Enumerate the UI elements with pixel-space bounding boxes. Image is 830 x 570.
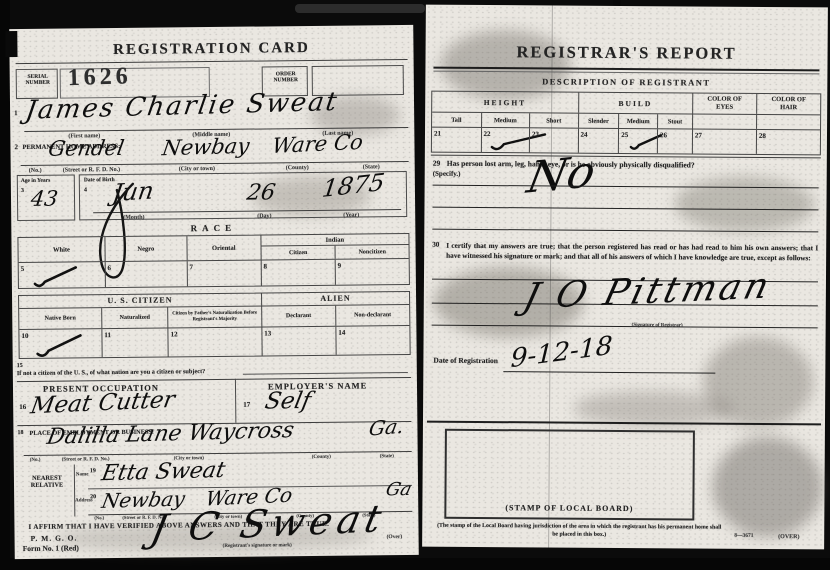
scan-smudge — [703, 337, 814, 428]
dob-label: Date of Birth — [84, 177, 115, 184]
citizen-cell-11: 11 — [101, 328, 168, 357]
registrar-signature-caption: (Signature of Registrar) — [632, 323, 683, 328]
dob-day-handwriting: 26 — [245, 182, 277, 204]
signature-caption: (Registrant's signature or mark) — [223, 543, 292, 549]
race-col-negro: Negro — [104, 236, 186, 261]
q29-top-rule — [431, 155, 821, 159]
report-title-rule-2 — [433, 71, 819, 75]
race-cell-6: 6 — [104, 261, 186, 287]
cell-25: 25 — [618, 129, 657, 153]
q29-specify: (Specify.) — [433, 170, 461, 178]
citizen-cell-10: 10 — [19, 329, 101, 358]
home-address-county: Ware Co — [271, 132, 364, 157]
citizen-num-11: 11 — [104, 331, 111, 339]
q29-text: Has person lost arm, leg, hand, eye, or … — [447, 160, 819, 171]
occupation-divider — [235, 379, 236, 423]
relative-name-number: 19 — [90, 468, 96, 475]
q29-rule-3 — [432, 229, 818, 233]
stamp-caption: (The stamp of the Local Board having jur… — [436, 523, 722, 541]
employment-caption-no: (No.) — [30, 458, 41, 463]
race-cell-5: 5 — [19, 262, 105, 288]
hair-header: COLOR OF HAIR — [756, 94, 820, 115]
age-handwriting: 43 — [30, 189, 59, 210]
relative-name-handwriting: Etta Sweat — [100, 460, 227, 485]
stamp-box-label: (STAMP OF LOCAL BOARD) — [446, 503, 692, 514]
eyes-spacer — [692, 115, 756, 129]
eyes-header: COLOR OF EYES — [692, 93, 756, 114]
citizen-num-12: 12 — [171, 330, 178, 338]
cell-28: 28 — [756, 130, 820, 155]
cell-26: 26 — [657, 129, 692, 153]
citizen-col-nondeclarant: Non-declarant — [335, 305, 409, 326]
col-slender: Slender — [578, 114, 619, 128]
registrar-signature-handwriting: J O Pittman — [520, 269, 775, 316]
cell-22: 22 — [480, 128, 529, 153]
race-num-5: 5 — [21, 265, 25, 273]
desc-number-row: 21 22 23 24 25 26 27 28 — [432, 127, 820, 154]
build-header: BUILD — [578, 93, 693, 114]
line1-number: 1 — [14, 109, 18, 117]
date-rule — [503, 371, 715, 373]
num-24: 24 — [580, 131, 587, 139]
over-caption-left: (Over) — [387, 535, 403, 541]
col-short: Short — [529, 114, 578, 128]
citizen-cell-13: 13 — [261, 327, 335, 356]
employment-handwriting: Dalilla Lane Waycross — [45, 420, 296, 449]
num-22: 22 — [483, 130, 490, 138]
q30-text: I certify that my answers are true; that… — [446, 241, 818, 264]
dob-caption-month: (Month) — [123, 215, 144, 221]
title-rule — [16, 59, 408, 64]
date-of-registration-label: Date of Registration — [433, 357, 498, 366]
num-26: 26 — [660, 131, 667, 139]
relative-name-label: Name — [76, 472, 89, 477]
age-label: Age in Years — [21, 178, 51, 185]
num-21: 21 — [434, 129, 441, 137]
address-caption-city: (City or town) — [179, 166, 215, 172]
serial-number-label: SERIAL NUMBER — [19, 74, 57, 87]
form-id-line2: Form No. 1 (Red) — [23, 544, 79, 553]
registrant-signature-handwriting: J C Sweat — [148, 499, 390, 548]
scanned-document: REGISTRATION CARD SERIAL NUMBER 1626 ORD… — [0, 0, 830, 570]
q29-answer-handwriting: No — [524, 151, 599, 201]
nearest-relative-label: NEAREST RELATIVE — [22, 474, 72, 489]
occupation-number: 16 — [19, 403, 26, 411]
desc-header-row: HEIGHT BUILD COLOR OF EYES COLOR OF HAIR — [432, 92, 820, 116]
col-medium-height: Medium — [481, 113, 530, 127]
race-indian-noncitizen: Noncitizen — [335, 245, 409, 259]
occupation-handwriting: Meat Cutter — [29, 389, 177, 419]
address-caption-county: (County) — [286, 165, 309, 171]
race-indian-citizen: Citizen — [261, 246, 335, 260]
num-27: 27 — [695, 131, 702, 139]
registrars-report-card: REGISTRAR'S REPORT DESCRIPTION OF REGIST… — [422, 5, 828, 550]
q30-number: 30 — [432, 241, 439, 249]
scan-top-streak — [295, 4, 425, 13]
race-cell-9: 9 — [335, 259, 409, 285]
employer-handwriting: Self — [263, 390, 313, 414]
over-caption-right: (OVER) — [778, 534, 799, 540]
employment-caption-county: (County) — [312, 455, 331, 460]
home-address-no: Gendel — [47, 138, 126, 160]
citizen-num-13: 13 — [264, 329, 271, 337]
line2-number: 2 — [14, 143, 18, 151]
form-id-line1: P. M. G. O. — [31, 534, 78, 543]
race-num-8: 8 — [263, 262, 267, 270]
cell-27: 27 — [692, 129, 756, 154]
race-col-oriental: Oriental — [186, 236, 260, 261]
stamp-section-rule — [427, 421, 821, 426]
home-address-city: Newbay — [161, 136, 251, 159]
stamp-of-local-board-box: (STAMP OF LOCAL BOARD) — [444, 429, 695, 521]
serial-number-value: 1626 — [67, 63, 132, 92]
card-title: REGISTRATION CARD — [9, 39, 413, 60]
description-header: DESCRIPTION OF REGISTRANT — [425, 77, 827, 90]
age-number: 3 — [21, 188, 24, 195]
citizen-col-naturalized: Naturalized — [101, 307, 168, 328]
citizen-num-14: 14 — [338, 329, 345, 337]
hair-spacer — [756, 115, 820, 129]
q29-rule-2 — [432, 207, 818, 211]
registration-date-handwriting: 9-12-18 — [510, 333, 613, 372]
dob-month-handwriting: Jun — [111, 179, 156, 206]
line15-rule — [243, 372, 408, 375]
scan-edge-bottom — [0, 558, 830, 570]
alien-header: ALIEN — [261, 292, 409, 305]
num-25: 25 — [621, 131, 628, 139]
employment-caption-street: (Street or R. F. D. No.) — [62, 457, 110, 463]
line18-number: 18 — [17, 430, 23, 437]
line15-number: 15 — [17, 363, 23, 370]
citizen-col-father: Citizen by Father's Naturalization Befor… — [167, 306, 261, 327]
employer-number: 17 — [243, 401, 250, 409]
employment-state-handwriting: Ga. — [367, 416, 405, 439]
dob-caption-year: (Year) — [343, 212, 359, 218]
race-num-7: 7 — [189, 263, 193, 271]
address-caption-street: (Street or R. F. D. No.) — [63, 167, 120, 174]
num-23: 23 — [532, 130, 539, 138]
col-medium-build: Medium — [618, 114, 657, 128]
citizen-num-10: 10 — [21, 332, 28, 340]
order-number-label: ORDER NUMBER — [266, 71, 306, 84]
col-stout: Stout — [657, 115, 692, 129]
check-mark-white — [33, 265, 79, 287]
cell-21: 21 — [432, 127, 481, 152]
q30-rule-3 — [432, 325, 818, 329]
scan-smudge — [674, 176, 814, 232]
race-col-white: White — [18, 237, 104, 262]
citizen-col-native: Native Born — [19, 308, 101, 329]
num-28: 28 — [759, 132, 766, 140]
relative-address-number: 20 — [90, 494, 96, 501]
q29-number: 29 — [433, 160, 441, 169]
citizen-table: U. S. CITIZEN ALIEN Native Born Naturali… — [18, 291, 411, 359]
race-number-row: 5 6 7 8 9 — [19, 259, 409, 288]
citizen-number-row: 10 11 12 13 14 — [19, 326, 409, 358]
relative-caption-no: (No.) — [94, 516, 104, 521]
citizen-cell-14: 14 — [335, 326, 409, 355]
race-cell-7: 7 — [186, 261, 260, 287]
employment-caption-state: (State) — [380, 454, 394, 459]
scan-edge-left — [0, 0, 10, 570]
race-num-9: 9 — [338, 262, 342, 270]
scan-smudge — [712, 437, 823, 538]
check-mark-native-born — [35, 333, 83, 358]
dob-caption-day: (Day) — [257, 213, 271, 219]
race-cell-8: 8 — [260, 260, 334, 286]
race-table: White Negro Oriental Indian Citizen Nonc… — [17, 233, 410, 289]
registrant-name-handwriting: James Charlie Sweat — [24, 89, 341, 124]
citizen-col-declarant: Declarant — [261, 305, 335, 326]
employment-rule — [24, 451, 412, 456]
address-caption-no: (No.) — [29, 168, 42, 174]
dob-year-handwriting: 1875 — [321, 170, 386, 201]
citizen-cell-12: 12 — [168, 327, 262, 356]
dob-number: 4 — [84, 187, 87, 194]
line15-text: If not a citizen of the U. S., of what n… — [17, 368, 206, 377]
q29-rule-1 — [433, 185, 819, 189]
col-tall: Tall — [432, 113, 481, 127]
height-header: HEIGHT — [432, 92, 578, 113]
race-col-indian: Indian Citizen Noncitizen — [260, 234, 408, 260]
form-number: 8—3671 — [734, 534, 753, 540]
race-num-6: 6 — [107, 264, 111, 272]
registration-card: REGISTRATION CARD SERIAL NUMBER 1626 ORD… — [9, 25, 419, 559]
report-title: REGISTRAR'S REPORT — [425, 43, 827, 65]
description-table: HEIGHT BUILD COLOR OF EYES COLOR OF HAIR… — [431, 91, 821, 156]
